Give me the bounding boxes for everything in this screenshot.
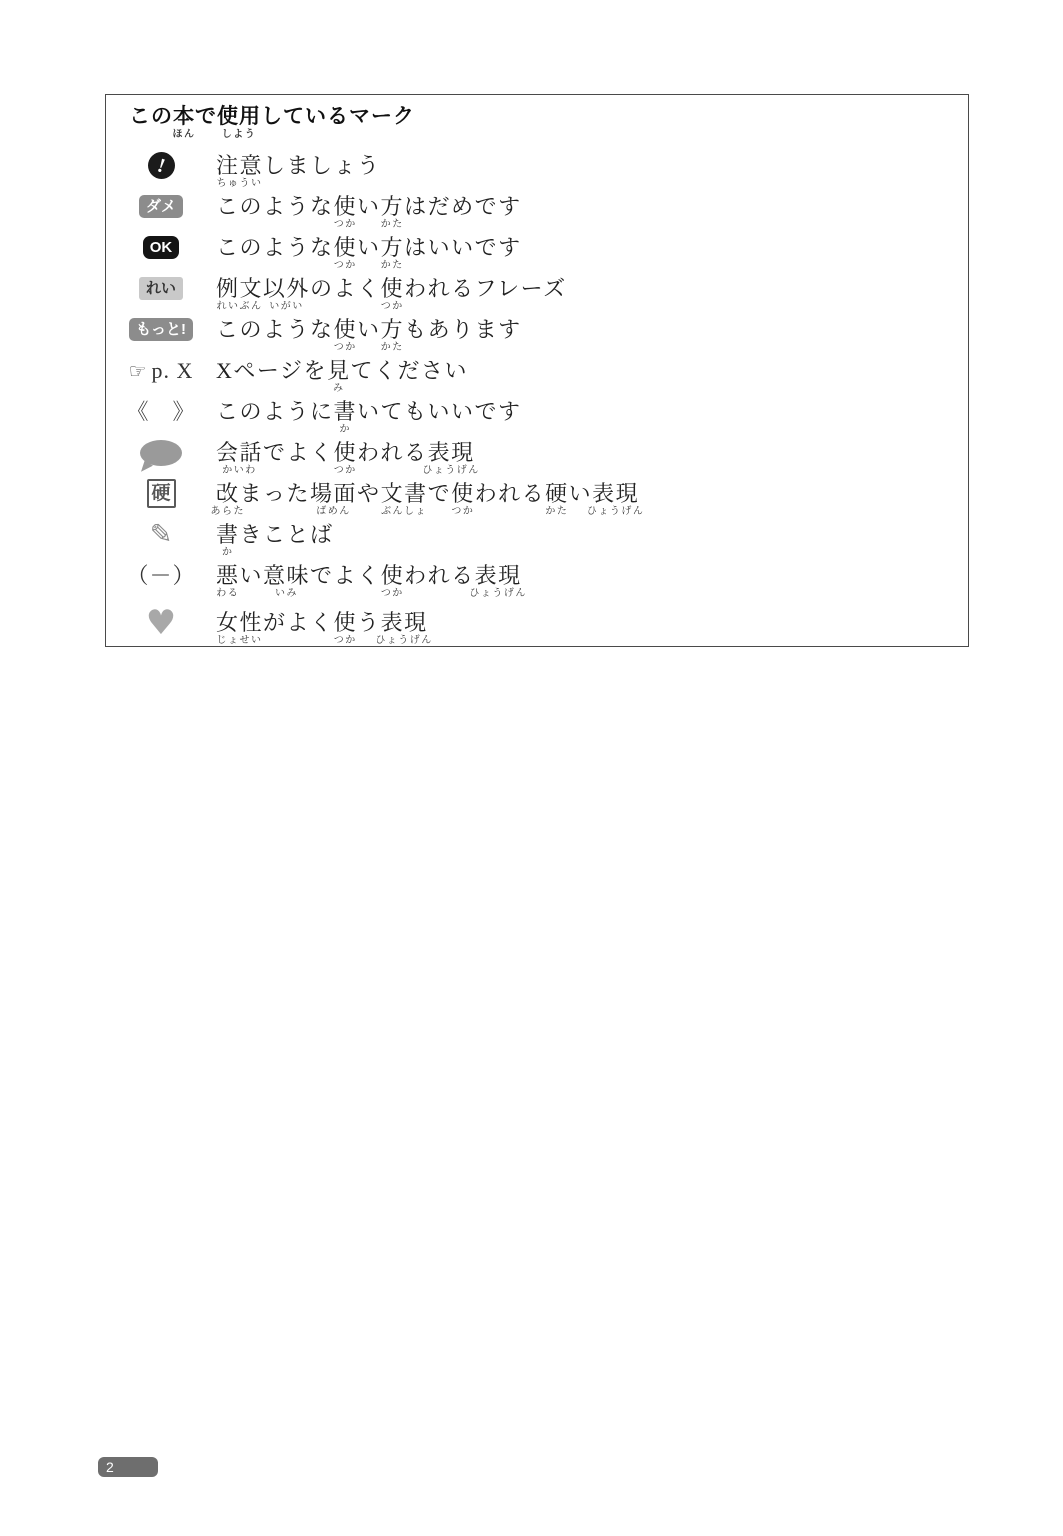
base-text: 使 — [334, 440, 358, 465]
text-segment: で — [428, 481, 452, 506]
mark-cell: ☞p. X — [106, 360, 216, 382]
mark-cell: れい — [106, 277, 216, 300]
warning-icon: ! — [148, 152, 175, 179]
base-text: 注意 — [216, 153, 263, 178]
mark-description: 女性じょせいがよく使つかう表現ひょうげん — [216, 610, 968, 635]
text-segment: で — [195, 104, 217, 129]
text-segment: 会話かいわ — [216, 440, 263, 465]
text-segment: 方かた — [381, 194, 405, 219]
text-segment: 意味いみ — [263, 563, 310, 588]
text-segment: 表現ひょうげん — [381, 610, 428, 635]
mark-description: 注意ちゅういしましょう — [216, 153, 968, 178]
text-segment: まった — [240, 481, 311, 506]
text-segment: この — [129, 104, 173, 129]
mark-cell: （－） — [106, 565, 216, 587]
furigana: つか — [381, 302, 404, 312]
base-text: 方 — [381, 194, 405, 219]
ok-badge: OK — [143, 236, 180, 259]
base-text: 使用 — [217, 105, 261, 128]
mark-label: p. X — [152, 358, 194, 383]
mark-description: このような使つかい方かたはだめです — [216, 194, 968, 219]
base-text: 例文 — [216, 276, 263, 301]
text-segment: 女性じょせい — [216, 610, 263, 635]
base-text: われる — [475, 481, 546, 506]
mark-description: 会話かいわでよく使つかわれる表現ひょうげん — [216, 440, 968, 465]
base-text: 方 — [381, 235, 405, 260]
furigana: ひょうげん — [375, 636, 433, 646]
text-segment: い — [357, 235, 381, 260]
base-text: 使 — [451, 481, 475, 506]
text-segment: 方かた — [381, 235, 405, 260]
text-segment: のよく — [310, 276, 381, 301]
text-segment: 注意ちゅうい — [216, 153, 263, 178]
text-segment: や — [357, 481, 381, 506]
base-text: い — [357, 235, 381, 260]
exclamation-glyph: ! — [155, 155, 168, 176]
furigana: かた — [545, 507, 568, 517]
base-text: がよく — [263, 610, 334, 635]
text-segment: はいいです — [404, 235, 522, 260]
base-text: 場面 — [310, 481, 357, 506]
mark-description: 改あらたまった場面ばめんや文書ぶんしょで使つかわれる硬かたい表現ひょうげん — [216, 481, 968, 506]
page-number: 2 — [106, 1460, 114, 1474]
base-text: で — [195, 105, 217, 128]
legend-row: ♥女性じょせいがよく使つかう表現ひょうげん — [106, 602, 968, 643]
mark-cell: もっと! — [106, 318, 216, 341]
furigana: じょせい — [217, 636, 263, 646]
furigana: つか — [334, 220, 357, 230]
base-text: 使 — [334, 610, 358, 635]
bubble-tail — [141, 461, 153, 472]
base-text: 使 — [334, 317, 358, 342]
text-segment: 文書ぶんしょ — [381, 481, 428, 506]
text-segment: 書か — [334, 399, 358, 424]
furigana: いがい — [269, 302, 304, 312]
furigana: かいわ — [222, 466, 257, 476]
furigana: いみ — [275, 589, 298, 599]
furigana: つか — [334, 343, 357, 353]
base-text: 悪 — [216, 563, 240, 588]
text-segment: 本ほん — [173, 104, 195, 129]
dame-badge: ダメ — [139, 195, 183, 218]
text-segment: 使つか — [451, 481, 475, 506]
furigana: つか — [334, 261, 357, 271]
legend-row: ✎書かきことば — [106, 514, 968, 555]
base-text: 使 — [334, 194, 358, 219]
base-text: 使 — [334, 235, 358, 260]
text-segment: い — [240, 563, 264, 588]
text-segment: 使つか — [334, 610, 358, 635]
speech-bubble-icon — [140, 440, 182, 466]
base-text: でよく — [263, 440, 334, 465]
legend-row: 会話かいわでよく使つかわれる表現ひょうげん — [106, 432, 968, 473]
furigana: つか — [334, 466, 357, 476]
text-segment: 表現ひょうげん — [475, 563, 522, 588]
base-text: 表現 — [381, 610, 428, 635]
base-text: 以外 — [263, 276, 310, 301]
legend-row: れい例文れいぶん以外いがいのよく使つかわれるフレーズ — [106, 268, 968, 309]
mark-description: このような使つかい方かたもあります — [216, 317, 968, 342]
furigana: つか — [451, 507, 474, 517]
text-segment: はだめです — [404, 194, 522, 219]
base-text: 表現 — [428, 440, 475, 465]
mark-cell — [106, 440, 216, 466]
furigana: ちゅうい — [217, 179, 263, 189]
base-text: い — [357, 317, 381, 342]
base-text: われるフレーズ — [404, 276, 567, 301]
furigana: み — [333, 384, 345, 394]
text-segment: 以外いがい — [263, 276, 310, 301]
text-segment: 硬かた — [545, 481, 569, 506]
text-segment: いてもいいです — [357, 399, 522, 424]
pointing-hand-icon: ☞ — [129, 359, 148, 383]
furigana: あらた — [211, 507, 246, 517]
text-segment: 使つか — [334, 194, 358, 219]
base-text: 硬 — [545, 481, 569, 506]
text-segment: しているマーク — [261, 104, 415, 129]
base-text: この — [129, 105, 173, 128]
furigana: れいぶん — [217, 302, 263, 312]
base-text: このような — [216, 235, 334, 260]
furigana: ひょうげん — [587, 507, 645, 517]
text-segment: 使つか — [334, 235, 358, 260]
text-segment: われる — [475, 481, 546, 506]
mark-description: 悪わるい意味いみでよく使つかわれる表現ひょうげん — [216, 563, 968, 588]
page-reference-mark: ☞p. X — [129, 360, 194, 382]
base-text: 表現 — [592, 481, 639, 506]
base-text: 表現 — [475, 563, 522, 588]
mark-cell: ✎ — [106, 521, 216, 548]
base-text: このような — [216, 317, 334, 342]
furigana: つか — [334, 636, 357, 646]
legend-row: 《 》このように書かいてもいいです — [106, 391, 968, 432]
legend-title: この本ほんで使用しようしているマーク — [129, 104, 968, 129]
base-text: Xページを — [216, 358, 327, 383]
legend-row: もっと!このような使つかい方かたもあります — [106, 309, 968, 350]
mark-cell: ♥ — [106, 606, 216, 640]
mark-description: このような使つかい方かたはいいです — [216, 235, 968, 260]
furigana: わる — [216, 589, 239, 599]
page-number-badge: 2 — [98, 1457, 158, 1477]
negative-meaning-mark: （－） — [126, 565, 195, 587]
marks-list: !注意ちゅういしましょうダメこのような使つかい方かたはだめですOKこのような使つ… — [106, 145, 968, 643]
furigana: ばめん — [316, 507, 351, 517]
legend-row: ☞p. XXページを見みてください — [106, 350, 968, 391]
base-text: い — [240, 563, 264, 588]
base-text: 意味 — [263, 563, 310, 588]
text-segment: でよく — [263, 440, 334, 465]
base-text: う — [357, 610, 381, 635]
base-text: このように — [216, 399, 334, 424]
base-text: しましょう — [263, 153, 381, 178]
base-text: われる — [404, 563, 475, 588]
base-text: まった — [240, 481, 311, 506]
text-segment: このような — [216, 235, 334, 260]
furigana: ひょうげん — [469, 589, 527, 599]
heart-icon: ♥ — [146, 606, 176, 640]
text-segment: 悪わる — [216, 563, 240, 588]
legend-box: この本ほんで使用しようしているマーク !注意ちゅういしましょうダメこのような使つ… — [105, 94, 969, 647]
text-segment: 例文れいぶん — [216, 276, 263, 301]
base-text: はだめです — [404, 194, 522, 219]
text-segment: う — [357, 610, 381, 635]
text-segment: このように — [216, 399, 334, 424]
base-text: い — [357, 194, 381, 219]
furigana: か — [340, 425, 352, 435]
base-text: このような — [216, 194, 334, 219]
base-text: 本 — [173, 105, 195, 128]
formal-kanji-mark: 硬 — [147, 479, 176, 508]
text-segment: われる — [404, 563, 475, 588]
furigana: しよう — [222, 130, 257, 140]
furigana: つか — [381, 589, 404, 599]
text-segment: 書か — [216, 522, 240, 547]
text-segment: このような — [216, 317, 334, 342]
furigana: ほん — [173, 130, 196, 140]
text-segment: 使つか — [381, 563, 405, 588]
mark-cell: 《 》 — [106, 401, 216, 423]
pencil-icon: ✎ — [150, 521, 173, 548]
furigana: ぶんしょ — [381, 507, 427, 517]
text-segment: 使用しよう — [217, 104, 261, 129]
base-text: 見 — [327, 358, 351, 383]
base-text: 使 — [381, 276, 405, 301]
text-segment: がよく — [263, 610, 334, 635]
mark-description: 例文れいぶん以外いがいのよく使つかわれるフレーズ — [216, 276, 968, 301]
mark-cell: 硬 — [106, 479, 216, 508]
legend-row: !注意ちゅういしましょう — [106, 145, 968, 186]
base-text: 書 — [334, 399, 358, 424]
legend-row: 硬改あらたまった場面ばめんや文書ぶんしょで使つかわれる硬かたい表現ひょうげん — [106, 473, 968, 514]
base-text: や — [357, 481, 381, 506]
text-segment: 見み — [327, 358, 351, 383]
text-segment: てください — [350, 358, 468, 383]
text-segment: 方かた — [381, 317, 405, 342]
mark-cell: ! — [106, 152, 216, 179]
text-segment: 改あらた — [216, 481, 240, 506]
base-text: われる — [357, 440, 428, 465]
base-text: のよく — [310, 276, 381, 301]
base-text: しているマーク — [261, 105, 415, 128]
mark-description: 書かきことば — [216, 522, 968, 547]
text-segment: い — [569, 481, 593, 506]
furigana: かた — [381, 220, 404, 230]
base-text: いてもいいです — [357, 399, 522, 424]
base-text: 使 — [381, 563, 405, 588]
text-segment: Xページを — [216, 358, 327, 383]
mark-description: このように書かいてもいいです — [216, 399, 968, 424]
furigana: か — [222, 548, 234, 558]
mark-cell: ダメ — [106, 195, 216, 218]
text-segment: このような — [216, 194, 334, 219]
base-text: 方 — [381, 317, 405, 342]
base-text: きことば — [240, 522, 334, 547]
text-segment: 場面ばめん — [310, 481, 357, 506]
base-text: 書 — [216, 522, 240, 547]
base-text: 文書 — [381, 481, 428, 506]
base-text: てください — [350, 358, 468, 383]
base-text: 会話 — [216, 440, 263, 465]
furigana: かた — [381, 261, 404, 271]
mark-cell: OK — [106, 236, 216, 259]
mark-description: Xページを見みてください — [216, 358, 968, 383]
text-segment: もあります — [404, 317, 522, 342]
motto-badge: もっと! — [129, 318, 193, 341]
text-segment: 表現ひょうげん — [592, 481, 639, 506]
legend-row: ダメこのような使つかい方かたはだめです — [106, 186, 968, 227]
furigana: かた — [381, 343, 404, 353]
legend-row: （－）悪わるい意味いみでよく使つかわれる表現ひょうげん — [106, 555, 968, 596]
text-segment: でよく — [310, 563, 381, 588]
text-segment: きことば — [240, 522, 334, 547]
base-text: はいいです — [404, 235, 522, 260]
text-segment: 使つか — [381, 276, 405, 301]
base-text: 改 — [216, 481, 240, 506]
text-segment: 表現ひょうげん — [428, 440, 475, 465]
text-segment: い — [357, 317, 381, 342]
rei-badge: れい — [139, 277, 183, 300]
double-angle-brackets-mark: 《 》 — [126, 401, 195, 423]
text-segment: 使つか — [334, 440, 358, 465]
text-segment: 使つか — [334, 317, 358, 342]
text-segment: われるフレーズ — [404, 276, 567, 301]
furigana: ひょうげん — [422, 466, 480, 476]
base-text: 女性 — [216, 610, 263, 635]
text-segment: い — [357, 194, 381, 219]
base-text: でよく — [310, 563, 381, 588]
legend-row: OKこのような使つかい方かたはいいです — [106, 227, 968, 268]
base-text: で — [428, 481, 452, 506]
base-text: もあります — [404, 317, 522, 342]
base-text: い — [569, 481, 593, 506]
text-segment: われる — [357, 440, 428, 465]
text-segment: しましょう — [263, 153, 381, 178]
